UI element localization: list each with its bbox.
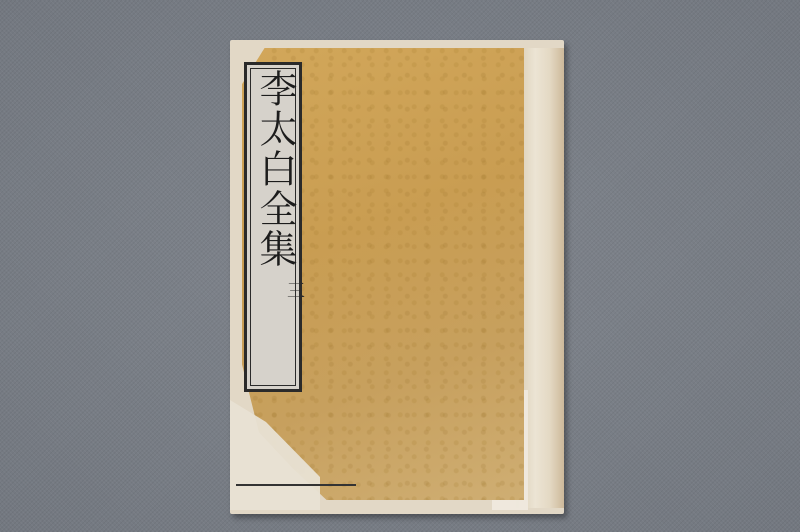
- volume-number: 三: [287, 277, 305, 303]
- binding-line: [236, 484, 356, 486]
- antique-book: 李太白全集 三: [230, 40, 564, 514]
- book-title: 李太白全集: [253, 69, 297, 269]
- title-label: 李太白全集 三: [244, 62, 302, 392]
